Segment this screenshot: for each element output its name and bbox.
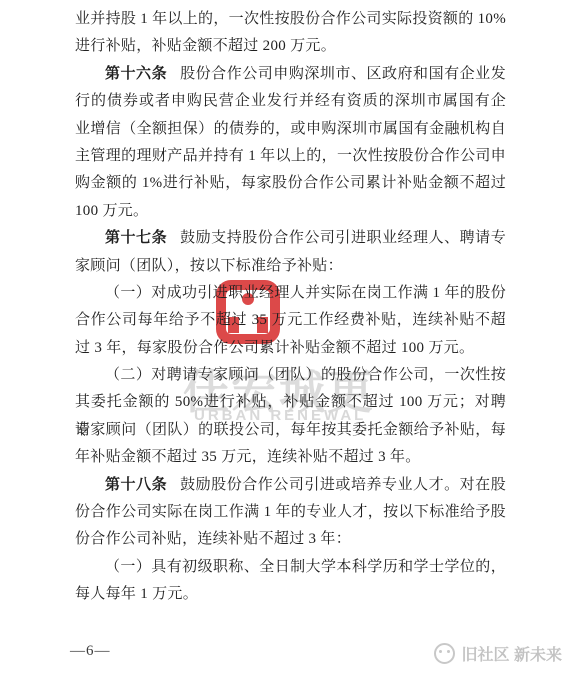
document-line: 专家顾问（团队）的联投公司，每年按其委托金额给予补贴，每 [75,417,506,444]
document-line: 其委托金额的 50%进行补贴，补贴金额不超过 100 万元；对聘请 [75,389,506,416]
document-line: 第十六条股份合作公司申购深圳市、区政府和国有企业发 [75,61,506,88]
article-number: 第十六条 [105,66,167,82]
document-line: 份合作公司补贴，连续补贴不超过 3 年： [75,526,506,553]
document-line: 合作公司每年给予不超过 35 万元工作经费补贴，连续补贴不超 [75,307,506,334]
document-line: 业并持股 1 年以上的，一次性按股份合作公司实际投资额的 10% [75,6,506,33]
document-line: （二）对聘请专家顾问（团队）的股份合作公司，一次性按 [75,362,506,389]
brand-slogan: 旧社区 新未来 [462,642,562,665]
document-line: （一）对成功引进职业经理人并实际在岗工作满 1 年的股份 [75,280,506,307]
document-line: 进行补贴，补贴金额不超过 200 万元。 [75,33,506,60]
document-line: 第十八条鼓励股份合作公司引进或培养专业人才。对在股 [75,472,506,499]
brand-logo-icon [434,643,455,664]
article-number: 第十八条 [105,477,167,493]
document-line: 100 万元。 [75,198,506,225]
document-line: 购金额的 1%进行补贴，每家股份合作公司累计补贴金额不超过 [75,170,506,197]
page-number: —6— [70,643,111,660]
document-page: 佳宏城更 URBAN RENEWAL 业并持股 1 年以上的，一次性按股份合作公… [0,0,568,676]
document-line: 每人每年 1 万元。 [75,581,506,608]
document-line: 第十七条鼓励支持股份合作公司引进职业经理人、聘请专 [75,225,506,252]
document-line: 行的债券或者申购民营企业发行并经有资质的深圳市属国有企 [75,88,506,115]
document-line: 份合作公司实际在岗工作满 1 年的专业人才，按以下标准给予股 [75,499,506,526]
document-body: 业并持股 1 年以上的，一次性按股份合作公司实际投资额的 10%进行补贴，补贴金… [75,6,506,609]
document-line: 年补贴金额不超过 35 万元，连续补贴不超过 3 年。 [75,444,506,471]
document-line: 过 3 年，每家股份合作公司累计补贴金额不超过 100 万元。 [75,335,506,362]
document-line: 家顾问（团队），按以下标准给予补贴： [75,253,506,280]
document-line: 主管理的理财产品并持有 1 年以上的，一次性按股份合作公司申 [75,143,506,170]
document-line: （一）具有初级职称、全日制大学本科学历和学士学位的， [75,554,506,581]
article-number: 第十七条 [105,230,167,246]
brand-watermark: 旧社区 新未来 [434,642,562,665]
document-line: 业增信（全额担保）的债券的，或申购深圳市属国有金融机构自 [75,116,506,143]
